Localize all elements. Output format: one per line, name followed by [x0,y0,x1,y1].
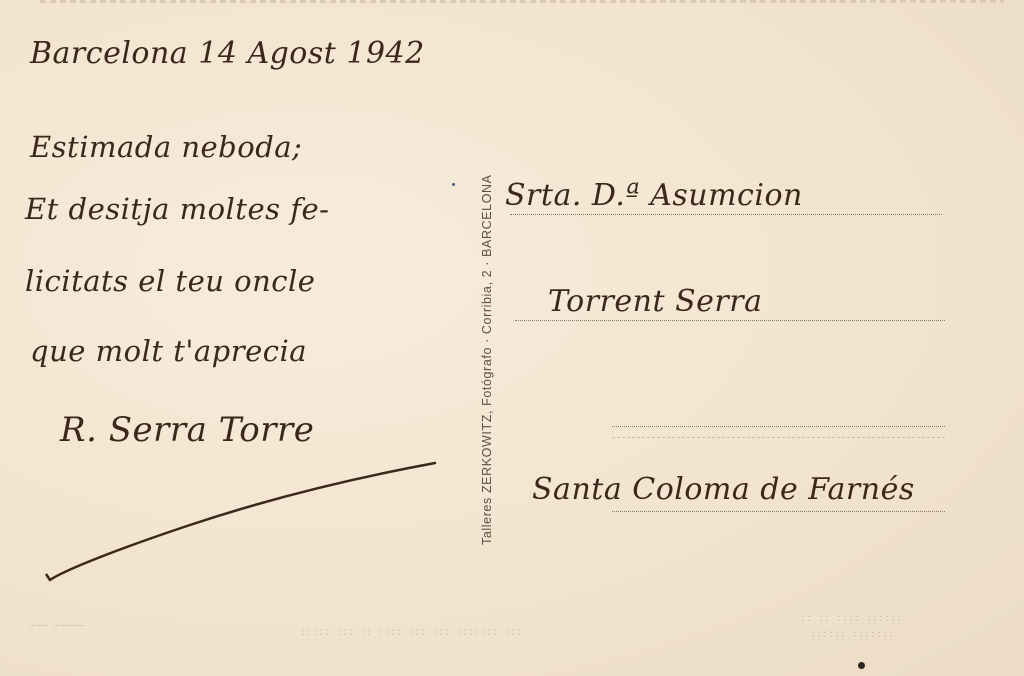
show-through-text: :::::: :::: :: :: [800,614,902,625]
address-line-2: Torrent Serra [548,284,762,319]
date-line: Barcelona 14 Agost 1942 [30,36,425,71]
address-line-1: Srta. D.ª Asumcion [505,178,803,213]
show-through-text: ::: ::::::: ::: ::: :::: :: ::: ::::: [300,628,522,639]
address-line-4: Santa Coloma de Farnés [532,472,915,507]
postcard-back: Barcelona 14 Agost 1942 Estimada neboda;… [0,0,1024,676]
address-rule-faint [612,437,945,438]
show-through-text: ~~~~~ ~~~ [30,622,84,633]
address-rule [515,320,945,321]
message-line: Et desitja moltes fe- [25,192,329,226]
address-rule [612,511,945,512]
top-edge-perforation [40,0,1004,3]
message-line: licitats el teu oncle [25,264,315,298]
signature-flourish-icon [40,455,450,595]
publisher-imprint: Talleres ZERKOWITZ, Fotógrafo · Corribia… [480,174,494,545]
speck [452,183,455,186]
address-rule [510,214,942,215]
message-line: que molt t'aprecia [30,334,307,368]
ink-spot [858,662,865,669]
signature: R. Serra Torre [60,410,314,450]
address-rule [612,426,945,427]
show-through-text: ::::::: :::::: [810,630,894,641]
salutation: Estimada neboda; [30,130,302,164]
